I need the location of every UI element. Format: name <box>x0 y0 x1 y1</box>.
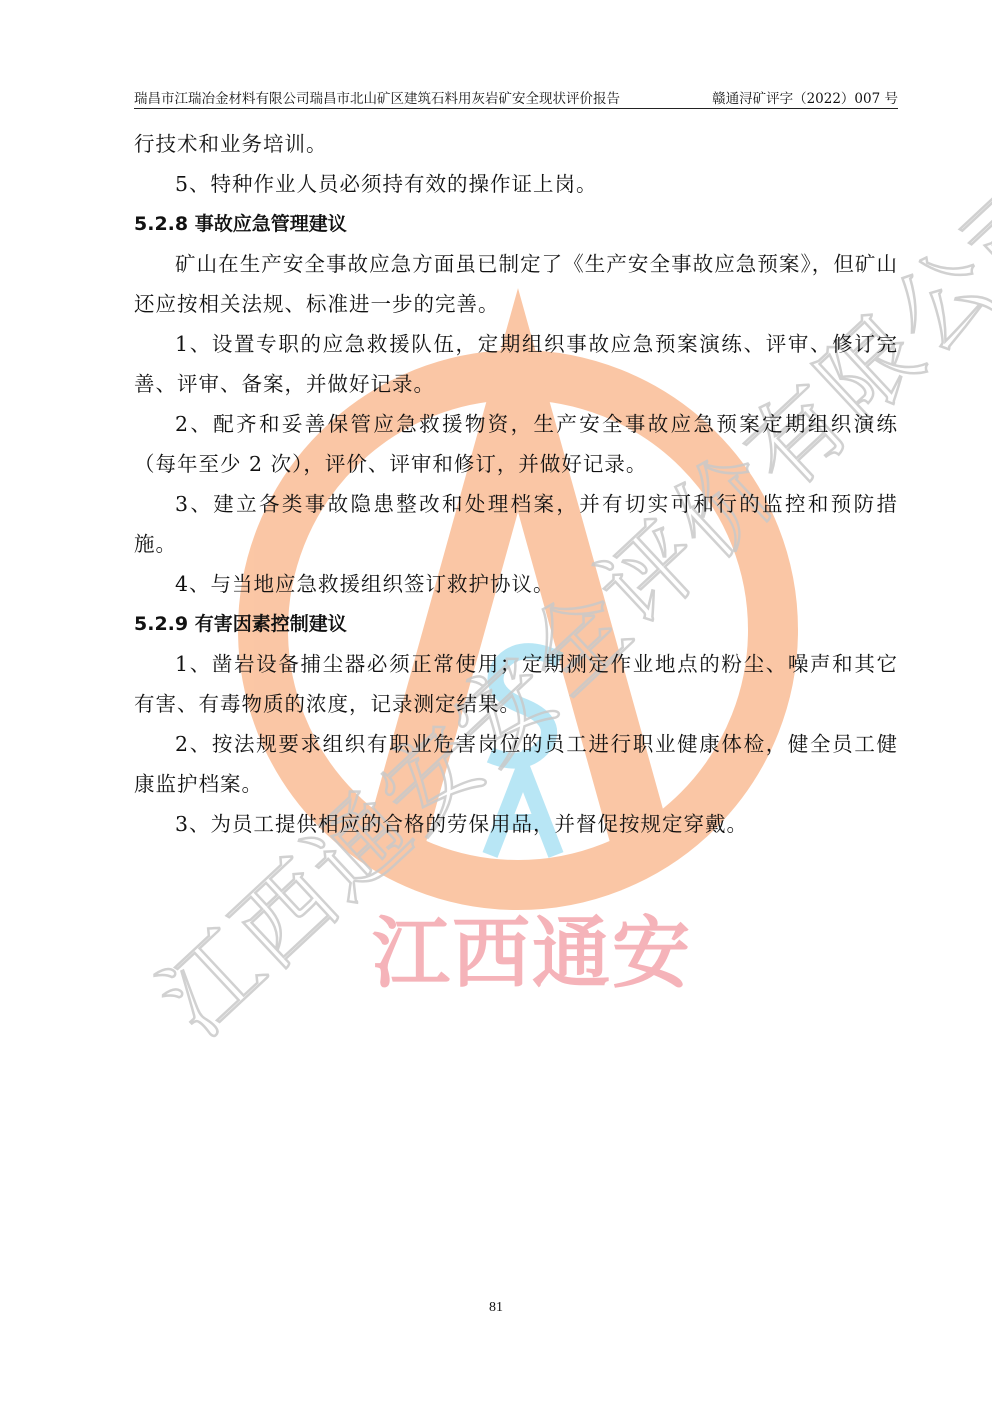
paragraph: 5、特种作业人员必须持有效的操作证上岗。 <box>134 164 898 204</box>
page-header: 瑞昌市江瑞冶金材料有限公司瑞昌市北山矿区建筑石料用灰岩矿安全现状评价报告 赣通浔… <box>134 88 898 109</box>
paragraph: 3、为员工提供相应的合格的劳保用品，并督促按规定穿戴。 <box>134 804 898 844</box>
paragraph: 1、设置专职的应急救援队伍，定期组织事故应急预案演练、评审、修订完善、评审、备案… <box>134 324 898 404</box>
paragraph: 3、建立各类事故隐患整改和处理档案，并有切实可和行的监控和预防措施。 <box>134 484 898 564</box>
section-heading-5-2-9: 5.2.9 有害因素控制建议 <box>134 604 898 644</box>
section-heading-5-2-8: 5.2.8 事故应急管理建议 <box>134 204 898 244</box>
document-body: 行技术和业务培训。 5、特种作业人员必须持有效的操作证上岗。 5.2.8 事故应… <box>134 124 898 844</box>
paragraph: 2、按法规要求组织有职业危害岗位的员工进行职业健康体检，健全员工健康监护档案。 <box>134 724 898 804</box>
paragraph: 矿山在生产安全事故应急方面虽已制定了《生产安全事故应急预案》，但矿山还应按相关法… <box>134 244 898 324</box>
paragraph: 4、与当地应急救援组织签订救护协议。 <box>134 564 898 604</box>
brand-watermark-text: 江西通安 <box>372 909 692 999</box>
paragraph: 1、凿岩设备捕尘器必须正常使用；定期测定作业地点的粉尘、噪声和其它有害、有毒物质… <box>134 644 898 724</box>
page-number: 81 <box>0 1300 992 1316</box>
paragraph: 2、配齐和妥善保管应急救援物资，生产安全事故应急预案定期组织演练（每年至少 2 … <box>134 404 898 484</box>
document-number: 赣通浔矿评字（2022）007 号 <box>712 90 898 108</box>
paragraph: 行技术和业务培训。 <box>134 124 898 164</box>
report-title: 瑞昌市江瑞冶金材料有限公司瑞昌市北山矿区建筑石料用灰岩矿安全现状评价报告 <box>134 90 620 108</box>
